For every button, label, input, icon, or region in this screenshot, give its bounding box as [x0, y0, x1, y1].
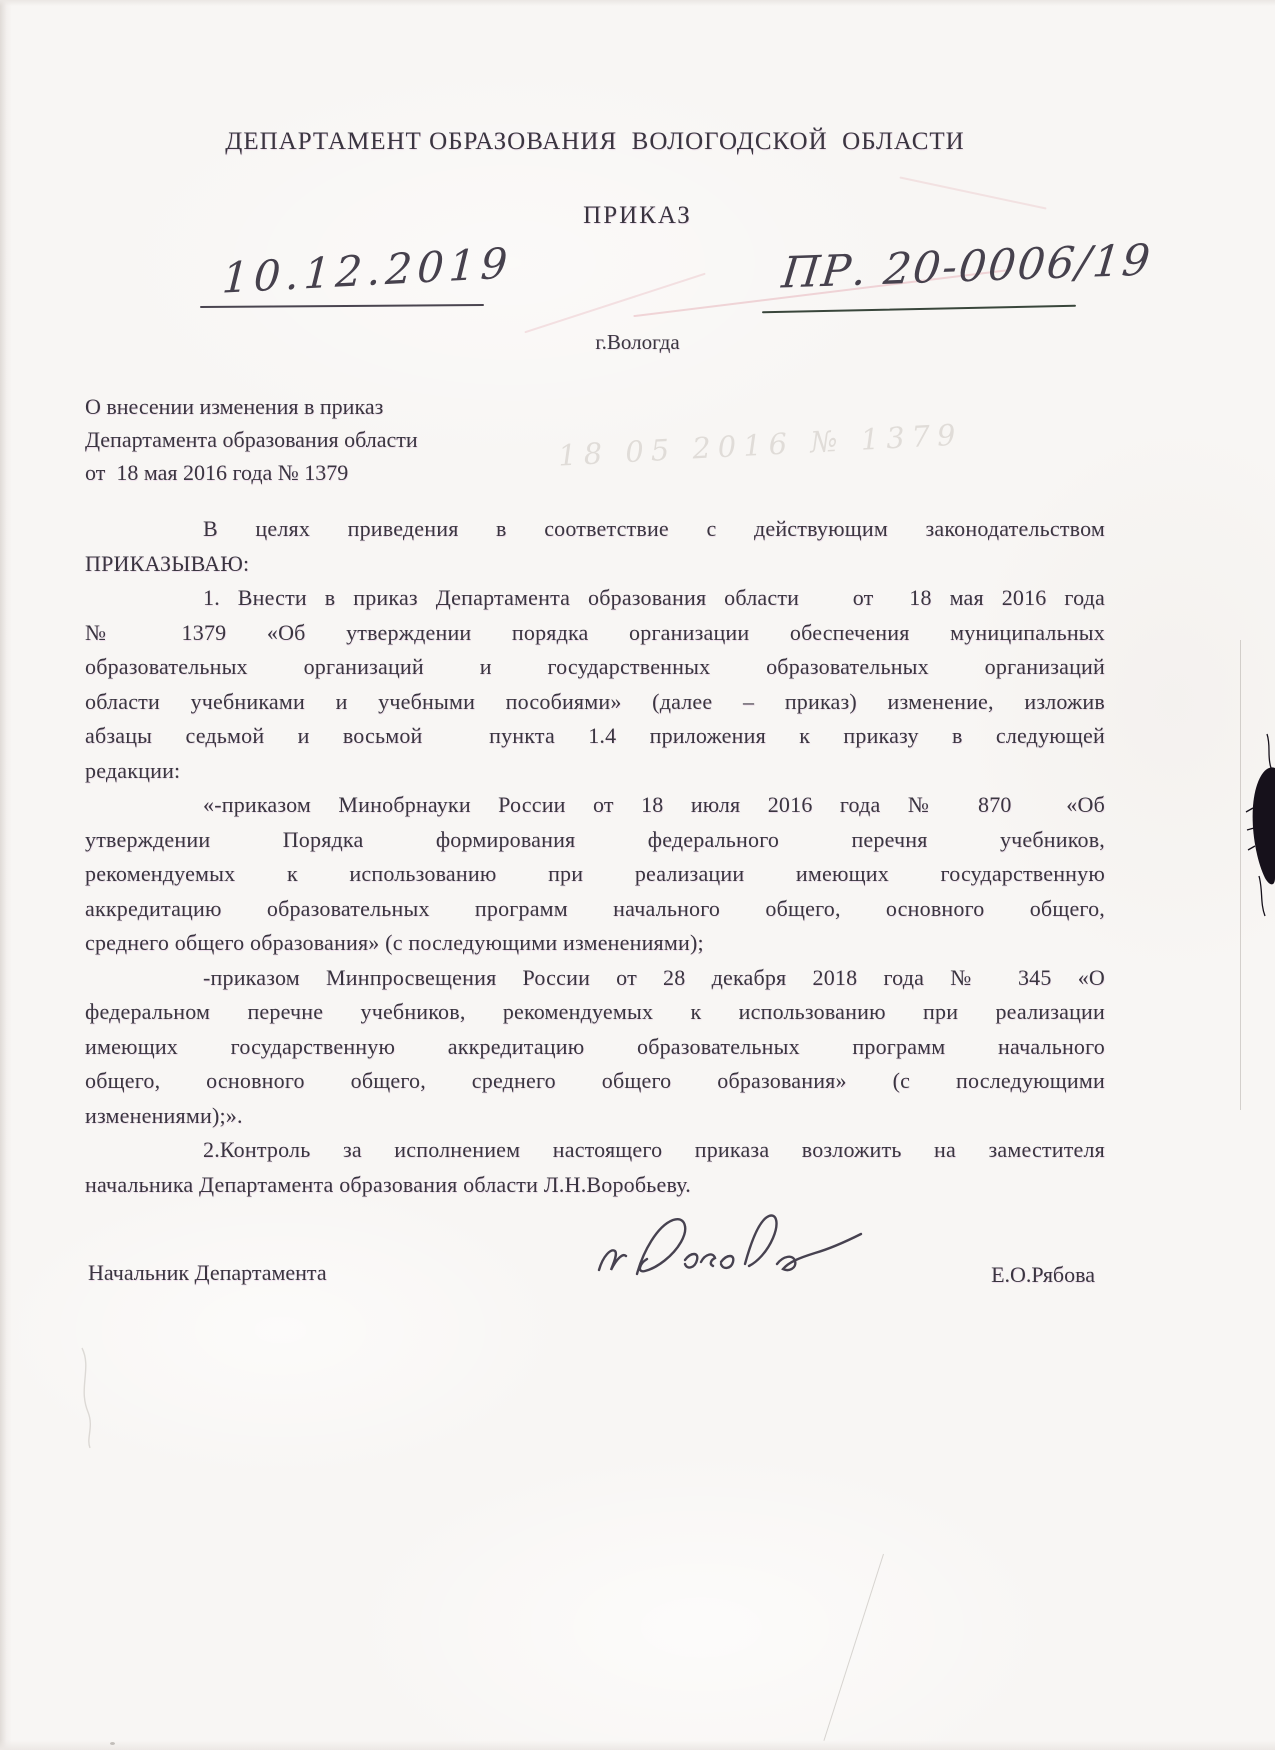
subject-block: О внесении изменения в приказДепартамент…	[85, 390, 418, 489]
pink-scan-streak	[524, 273, 705, 334]
handwritten-order-number: ПР. 20-0006/19	[779, 235, 1154, 298]
body-line: федеральном перечне учебников, рекоменду…	[85, 995, 1105, 1030]
ink-blot	[1245, 728, 1275, 928]
order-body-text: В целях приведения в соответствие с дейс…	[85, 512, 1105, 1202]
signature	[593, 1206, 868, 1294]
body-line: 2.Контроль за исполнением настоящего при…	[85, 1133, 1105, 1168]
page-edge-top	[0, 0, 1275, 6]
city-label: г.Вологда	[0, 330, 1275, 355]
signer-name: Е.О.Рябова	[875, 1262, 1095, 1288]
scanned-order-page: ДЕПАРТАМЕНТ ОБРАЗОВАНИЯ ВОЛОГОДСКОЙ ОБЛА…	[0, 0, 1275, 1750]
body-line: среднего общего образования» (с последую…	[85, 926, 1105, 961]
body-line: начальника Департамента образования обла…	[85, 1168, 1105, 1203]
body-line: имеющих государственную аккредитацию обр…	[85, 1030, 1105, 1065]
order-number-underline	[762, 305, 1076, 314]
body-line: «-приказом Минобрнауки России от 18 июля…	[85, 788, 1105, 823]
body-line: № 1379 «Об утверждении порядка организац…	[85, 616, 1105, 651]
body-line: 1. Внести в приказ Департамента образова…	[85, 581, 1105, 616]
body-line: редакции:	[85, 754, 1105, 789]
signer-position-label: Начальник Департамента	[88, 1260, 327, 1286]
page-edge-bottom	[0, 1740, 1275, 1750]
body-line: ПРИКАЗЫВАЮ:	[85, 547, 1105, 582]
page-right-edge-line	[1240, 640, 1241, 1110]
subject-line: О внесении изменения в приказ	[85, 390, 418, 423]
body-line: утверждении Порядка формирования федерал…	[85, 823, 1105, 858]
body-line: рекомендуемых к использованию при реализ…	[85, 857, 1105, 892]
paper-crease	[823, 1554, 884, 1741]
faint-pencil-squiggle	[70, 1342, 130, 1452]
document-type-heading: ПРИКАЗ	[0, 202, 1275, 230]
organization-title: ДЕПАРТАМЕНТ ОБРАЗОВАНИЯ ВОЛОГОДСКОЙ ОБЛА…	[85, 128, 1105, 156]
date-underline	[200, 304, 484, 308]
subject-line: от 18 мая 2016 года № 1379	[85, 456, 418, 489]
subject-line: Департамента образования области	[85, 423, 418, 456]
handwritten-date: 10.12.2019	[221, 238, 514, 302]
body-line: абзацы седьмой и восьмой пункта 1.4 прил…	[85, 719, 1105, 754]
body-line: области учебниками и учебными пособиями»…	[85, 685, 1105, 720]
page-edge-left	[0, 0, 12, 1750]
body-line: аккредитацию образовательных программ на…	[85, 892, 1105, 927]
body-line: изменениями);».	[85, 1099, 1105, 1134]
body-line: образовательных организаций и государств…	[85, 650, 1105, 685]
body-line: общего, основного общего, среднего общег…	[85, 1064, 1105, 1099]
body-line: В целях приведения в соответствие с дейс…	[85, 512, 1105, 547]
body-line: -приказом Минпросвещения России от 28 де…	[85, 961, 1105, 996]
scan-speck	[110, 1742, 115, 1745]
faint-pencil-note: 18 05 2016 № 1379	[557, 417, 963, 472]
